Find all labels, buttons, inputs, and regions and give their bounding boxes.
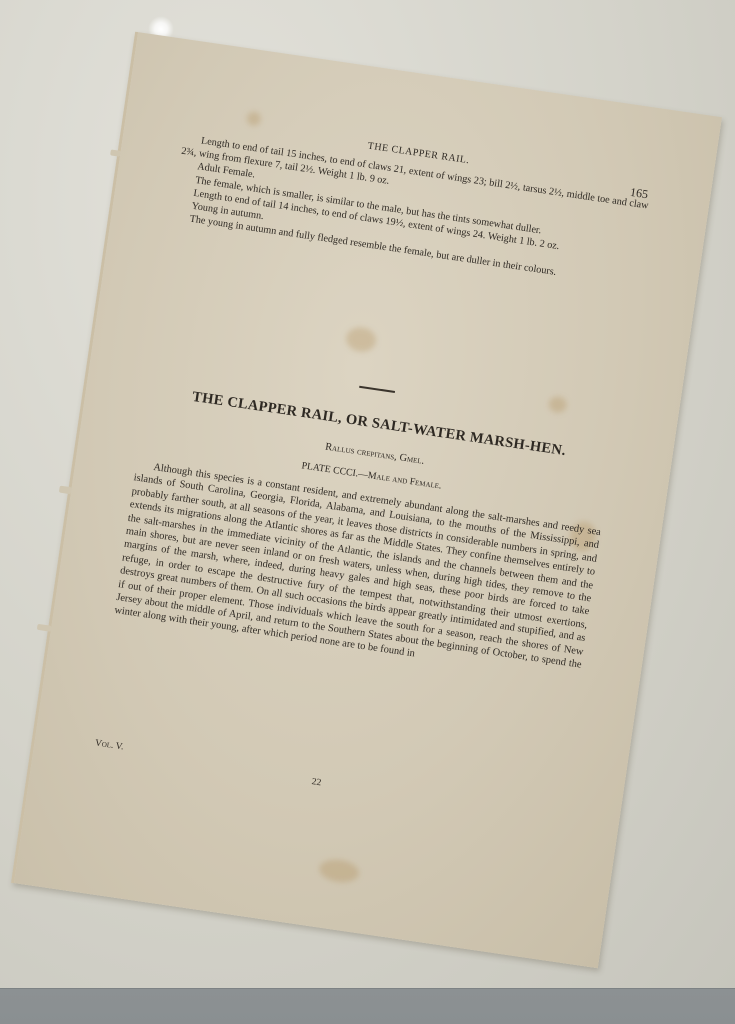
frame-base-strip: [0, 988, 735, 1024]
torn-edge: [59, 486, 72, 495]
foxing-stain: [548, 395, 568, 413]
section-divider: [359, 386, 395, 393]
foxing-stain: [345, 326, 378, 354]
book-page: THE CLAPPER RAIL. 165 Length to end of t…: [11, 32, 722, 969]
volume-label: Vol. V.: [94, 738, 124, 752]
signature-mark: 22: [311, 777, 322, 788]
foxing-stain: [318, 857, 361, 885]
torn-edge: [110, 149, 121, 156]
